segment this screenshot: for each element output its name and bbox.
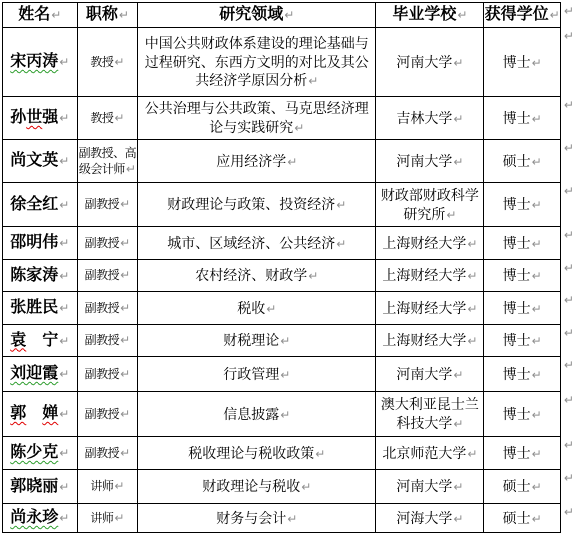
paragraph-mark-icon: ↵ bbox=[120, 301, 130, 315]
cell-name: 张胜民↵ bbox=[3, 292, 78, 325]
cell-school-text: 吉林大学 bbox=[396, 110, 452, 126]
cell-field: 财务与会计↵ bbox=[138, 504, 376, 533]
row-end-mark: ↵ bbox=[560, 183, 574, 227]
cell-school: 河南大学↵ bbox=[376, 357, 484, 392]
table-row: 张胜民↵副教授↵税收↵上海财经大学↵博士↵↵ bbox=[3, 292, 575, 325]
row-end-mark: ↵ bbox=[560, 260, 574, 292]
header-name-label: 姓名 bbox=[18, 6, 50, 23]
cell-title-text: 副教授 bbox=[85, 301, 120, 315]
cell-degree: 博士↵ bbox=[484, 325, 560, 357]
cell-school-text: 财政部财政科学研究所 bbox=[381, 187, 479, 222]
paragraph-mark-icon: ↵ bbox=[126, 162, 136, 176]
cell-school-text: 河南大学 bbox=[396, 153, 452, 169]
cell-degree: 博士↵ bbox=[484, 97, 560, 140]
cell-school: 河南大学↵ bbox=[376, 140, 484, 183]
cell-title-text: 副教授 bbox=[85, 407, 120, 421]
paragraph-mark-icon: ↵ bbox=[59, 154, 69, 168]
paragraph-mark-icon: ↵ bbox=[453, 417, 463, 431]
paragraph-mark-icon: ↵ bbox=[446, 208, 456, 222]
cell-school-text: 北京师范大学 bbox=[382, 445, 466, 461]
cell-title: 副教授↵ bbox=[77, 260, 138, 292]
table-row: 陈家涛↵副教授↵农村经济、财政学↵上海财经大学↵博士↵↵ bbox=[3, 260, 575, 292]
cell-field-text: 城市、区域经济、公共经济 bbox=[167, 235, 335, 251]
paragraph-mark-icon: ↵ bbox=[550, 8, 560, 22]
document-page: 姓名↵ 职称↵ 研究领域↵ 毕业学校↵ 获得学位↵ ↵ 宋丙涛↵教授↵中国公共财… bbox=[0, 0, 575, 536]
cell-field: 税收理论与税收政策↵ bbox=[138, 437, 376, 470]
paragraph-mark-icon: ↵ bbox=[308, 269, 318, 283]
paragraph-mark-icon: ↵ bbox=[467, 269, 477, 283]
cell-degree: 博士↵ bbox=[484, 292, 560, 325]
cell-field-text: 财务与会计 bbox=[216, 510, 286, 526]
cell-name: 陈少克↵ bbox=[3, 437, 78, 470]
paragraph-mark-icon: ↵ bbox=[532, 237, 542, 251]
table-row: 郭晓丽↵讲师↵财政理论与税收↵河南大学↵硕士↵↵ bbox=[3, 470, 575, 504]
cell-name: 刘迎霞↵ bbox=[3, 357, 78, 392]
cell-degree-text: 硕士 bbox=[503, 153, 531, 169]
person-name: 张胜民 bbox=[10, 299, 58, 316]
row-end-mark: ↵ bbox=[560, 28, 574, 97]
cell-degree-text: 博士 bbox=[503, 300, 531, 316]
paragraph-mark-icon: ↵ bbox=[532, 56, 542, 70]
cell-school-text: 上海财经大学 bbox=[382, 332, 466, 348]
cell-field-text: 税收理论与税收政策 bbox=[188, 445, 314, 461]
cell-school-text: 河南大学 bbox=[396, 54, 452, 70]
person-name: 郭晓丽 bbox=[10, 478, 58, 495]
paragraph-mark-icon: ↵ bbox=[336, 237, 346, 251]
cell-degree-text: 博士 bbox=[503, 235, 531, 251]
cell-field-text: 财政理论与政策、投资经济 bbox=[167, 196, 335, 212]
paragraph-mark-icon: ↵ bbox=[532, 447, 542, 461]
cell-field: 信息披露↵ bbox=[138, 392, 376, 437]
cell-title: 副教授↵ bbox=[77, 392, 138, 437]
paragraph-mark-icon: ↵ bbox=[532, 368, 542, 382]
cell-title: 副教授↵ bbox=[77, 437, 138, 470]
paragraph-mark-icon: ↵ bbox=[280, 368, 290, 382]
paragraph-mark-icon: ↵ bbox=[59, 236, 69, 250]
paragraph-mark-icon: ↵ bbox=[114, 55, 124, 69]
person-name: 宁 bbox=[26, 332, 58, 349]
paragraph-mark-icon: ↵ bbox=[532, 512, 542, 526]
cell-school: 河南大学↵ bbox=[376, 28, 484, 97]
paragraph-mark-icon: ↵ bbox=[457, 8, 467, 22]
person-name: 尚永珍 bbox=[10, 509, 58, 526]
cell-title-text: 教授 bbox=[90, 111, 113, 125]
paragraph-mark-icon: ↵ bbox=[532, 269, 542, 283]
paragraph-mark-icon: ↵ bbox=[532, 198, 542, 212]
cell-degree: 博士↵ bbox=[484, 260, 560, 292]
cell-school: 河海大学↵ bbox=[376, 504, 484, 533]
cell-field: 财政理论与政策、投资经济↵ bbox=[138, 183, 376, 227]
paragraph-mark-icon: ↵ bbox=[564, 98, 574, 112]
table-row: 袁 宁↵副教授↵财税理论↵上海财经大学↵博士↵↵ bbox=[3, 325, 575, 357]
paragraph-mark-icon: ↵ bbox=[59, 367, 69, 381]
cell-name: 徐全红↵ bbox=[3, 183, 78, 227]
paragraph-mark-icon: ↵ bbox=[564, 293, 574, 307]
cell-school: 上海财经大学↵ bbox=[376, 227, 484, 260]
cell-name: 陈家涛↵ bbox=[3, 260, 78, 292]
paragraph-mark-icon: ↵ bbox=[51, 8, 61, 22]
paragraph-mark-icon: ↵ bbox=[564, 141, 574, 155]
paragraph-mark-icon: ↵ bbox=[120, 367, 130, 381]
cell-school: 河南大学↵ bbox=[376, 470, 484, 504]
paragraph-mark-icon: ↵ bbox=[564, 184, 574, 198]
cell-school-text: 上海财经大学 bbox=[382, 235, 466, 251]
cell-title: 副教授↵ bbox=[77, 292, 138, 325]
cell-field-text: 中国公共财政体系建设的理论基础与过程研究、东西方文明的对比及其公共经济学原因分析 bbox=[145, 35, 369, 89]
cell-title-text: 讲师 bbox=[90, 511, 113, 525]
person-name: 陈少克 bbox=[10, 444, 58, 461]
paragraph-mark-icon: ↵ bbox=[280, 334, 290, 348]
paragraph-mark-icon: ↵ bbox=[564, 4, 574, 18]
table-row: 刘迎霞↵副教授↵行政管理↵河南大学↵博士↵↵ bbox=[3, 357, 575, 392]
paragraph-mark-icon: ↵ bbox=[564, 438, 574, 452]
cell-field: 税收↵ bbox=[138, 292, 376, 325]
table-row: 孙世强↵教授↵公共治理与公共政策、马克思经济理论与实践研究↵吉林大学↵博士↵↵ bbox=[3, 97, 575, 140]
paragraph-mark-icon: ↵ bbox=[532, 334, 542, 348]
cell-name: 邵明伟↵ bbox=[3, 227, 78, 260]
cell-field-text: 财税理论 bbox=[223, 332, 279, 348]
cell-name: 孙世强↵ bbox=[3, 97, 78, 140]
cell-degree-text: 博士 bbox=[503, 406, 531, 422]
table-row: 陈少克↵副教授↵税收理论与税收政策↵北京师范大学↵博士↵↵ bbox=[3, 437, 575, 470]
paragraph-mark-icon: ↵ bbox=[308, 74, 318, 88]
header-field: 研究领域↵ bbox=[138, 3, 376, 28]
cell-degree-text: 博士 bbox=[503, 332, 531, 348]
cell-field-text: 农村经济、财政学 bbox=[195, 267, 307, 283]
paragraph-mark-icon: ↵ bbox=[120, 197, 130, 211]
paragraph-mark-icon: ↵ bbox=[532, 155, 542, 169]
cell-school-text: 澳大利亚昆士兰科技大学 bbox=[381, 396, 479, 431]
person-name: 徐全红 bbox=[10, 196, 58, 213]
paragraph-mark-icon: ↵ bbox=[59, 446, 69, 460]
cell-field: 农村经济、财政学↵ bbox=[138, 260, 376, 292]
paragraph-mark-icon: ↵ bbox=[453, 512, 463, 526]
cell-field-text: 信息披露 bbox=[223, 406, 279, 422]
cell-school-text: 河海大学 bbox=[396, 510, 452, 526]
cell-degree: 硕士↵ bbox=[484, 140, 560, 183]
paragraph-mark-icon: ↵ bbox=[120, 446, 130, 460]
person-name: 婵 bbox=[42, 405, 58, 422]
paragraph-mark-icon: ↵ bbox=[336, 198, 346, 212]
cell-school-text: 上海财经大学 bbox=[382, 300, 466, 316]
cell-title: 副教授↵ bbox=[77, 227, 138, 260]
header-school-label: 毕业学校 bbox=[392, 6, 456, 23]
cell-school: 北京师范大学↵ bbox=[376, 437, 484, 470]
cell-degree: 博士↵ bbox=[484, 437, 560, 470]
cell-field-text: 行政管理 bbox=[223, 366, 279, 382]
paragraph-mark-icon: ↵ bbox=[280, 408, 290, 422]
paragraph-mark-icon: ↵ bbox=[532, 112, 542, 126]
row-end-mark: ↵ bbox=[560, 140, 574, 183]
header-row: 姓名↵ 职称↵ 研究领域↵ 毕业学校↵ 获得学位↵ ↵ bbox=[3, 3, 575, 28]
cell-degree-text: 硕士 bbox=[503, 478, 531, 494]
cell-degree: 博士↵ bbox=[484, 357, 560, 392]
paragraph-mark-icon: ↵ bbox=[59, 480, 69, 494]
paragraph-mark-icon: ↵ bbox=[315, 447, 325, 461]
person-name: 陈家涛 bbox=[10, 267, 58, 284]
paragraph-mark-icon: ↵ bbox=[532, 302, 542, 316]
cell-school-text: 上海财经大学 bbox=[382, 267, 466, 283]
paragraph-mark-icon: ↵ bbox=[564, 471, 574, 485]
paragraph-mark-icon: ↵ bbox=[59, 511, 69, 525]
cell-school: 上海财经大学↵ bbox=[376, 292, 484, 325]
table-row: 尚永珍↵讲师↵财务与会计↵河海大学↵硕士↵↵ bbox=[3, 504, 575, 533]
faculty-table: 姓名↵ 职称↵ 研究领域↵ 毕业学校↵ 获得学位↵ ↵ 宋丙涛↵教授↵中国公共财… bbox=[2, 2, 575, 533]
table-row: 徐全红↵副教授↵财政理论与政策、投资经济↵财政部财政科学研究所↵博士↵↵ bbox=[3, 183, 575, 227]
person-name: 宋丙涛 bbox=[10, 53, 58, 70]
table-body: 宋丙涛↵教授↵中国公共财政体系建设的理论基础与过程研究、东西方文明的对比及其公共… bbox=[3, 28, 575, 533]
paragraph-mark-icon: ↵ bbox=[114, 479, 124, 493]
row-end-mark: ↵ bbox=[560, 97, 574, 140]
paragraph-mark-icon: ↵ bbox=[301, 480, 311, 494]
paragraph-mark-icon: ↵ bbox=[120, 407, 130, 421]
paragraph-mark-icon: ↵ bbox=[287, 155, 297, 169]
paragraph-mark-icon: ↵ bbox=[59, 55, 69, 69]
row-end-mark: ↵ bbox=[560, 292, 574, 325]
cell-field: 财税理论↵ bbox=[138, 325, 376, 357]
header-title-label: 职称 bbox=[86, 6, 118, 23]
row-end-mark: ↵ bbox=[560, 392, 574, 437]
person-name: 世 bbox=[26, 109, 42, 126]
paragraph-mark-icon: ↵ bbox=[467, 302, 477, 316]
paragraph-mark-icon: ↵ bbox=[120, 236, 130, 250]
paragraph-mark-icon: ↵ bbox=[287, 512, 297, 526]
row-end-mark: ↵ bbox=[560, 3, 574, 28]
paragraph-mark-icon: ↵ bbox=[453, 112, 463, 126]
paragraph-mark-icon: ↵ bbox=[532, 408, 542, 422]
person-name: 孙 bbox=[10, 109, 26, 126]
cell-degree-text: 博士 bbox=[503, 445, 531, 461]
person-name: 强 bbox=[42, 109, 58, 126]
row-end-mark: ↵ bbox=[560, 227, 574, 260]
paragraph-mark-icon: ↵ bbox=[266, 302, 276, 316]
paragraph-mark-icon: ↵ bbox=[59, 111, 69, 125]
cell-degree: 硕士↵ bbox=[484, 504, 560, 533]
cell-name: 郭晓丽↵ bbox=[3, 470, 78, 504]
cell-degree-text: 博士 bbox=[503, 54, 531, 70]
paragraph-mark-icon: ↵ bbox=[294, 121, 304, 135]
paragraph-mark-icon: ↵ bbox=[453, 155, 463, 169]
cell-field: 城市、区域经济、公共经济↵ bbox=[138, 227, 376, 260]
header-degree-label: 获得学位 bbox=[485, 6, 549, 23]
cell-degree-text: 博士 bbox=[503, 267, 531, 283]
person-name: 尚文英 bbox=[10, 152, 58, 169]
cell-school: 财政部财政科学研究所↵ bbox=[376, 183, 484, 227]
table-row: 郭 婵↵副教授↵信息披露↵澳大利亚昆士兰科技大学↵博士↵↵ bbox=[3, 392, 575, 437]
cell-name: 宋丙涛↵ bbox=[3, 28, 78, 97]
paragraph-mark-icon: ↵ bbox=[564, 29, 574, 43]
cell-title: 副教授↵ bbox=[77, 325, 138, 357]
paragraph-mark-icon: ↵ bbox=[453, 480, 463, 494]
cell-field: 行政管理↵ bbox=[138, 357, 376, 392]
cell-degree-text: 博士 bbox=[503, 110, 531, 126]
cell-title-text: 副教授 bbox=[85, 268, 120, 282]
cell-degree-text: 硕士 bbox=[503, 510, 531, 526]
header-degree: 获得学位↵ bbox=[484, 3, 560, 28]
cell-school-text: 河南大学 bbox=[396, 366, 452, 382]
person-name: 郭 bbox=[10, 405, 26, 422]
cell-field: 财政理论与税收↵ bbox=[138, 470, 376, 504]
paragraph-mark-icon: ↵ bbox=[564, 228, 574, 242]
cell-title: 教授↵ bbox=[77, 28, 138, 97]
cell-school: 上海财经大学↵ bbox=[376, 325, 484, 357]
cell-school: 吉林大学↵ bbox=[376, 97, 484, 140]
paragraph-mark-icon: ↵ bbox=[120, 268, 130, 282]
paragraph-mark-icon: ↵ bbox=[120, 333, 130, 347]
cell-title: 副教授↵ bbox=[77, 357, 138, 392]
paragraph-mark-icon: ↵ bbox=[59, 198, 69, 212]
cell-degree-text: 博士 bbox=[503, 196, 531, 212]
cell-field-text: 税收 bbox=[237, 300, 265, 316]
paragraph-mark-icon: ↵ bbox=[467, 447, 477, 461]
paragraph-mark-icon: ↵ bbox=[564, 358, 574, 372]
person-name: 邵明伟 bbox=[10, 234, 58, 251]
paragraph-mark-icon: ↵ bbox=[114, 511, 124, 525]
paragraph-mark-icon: ↵ bbox=[467, 334, 477, 348]
cell-title-text: 副教授 bbox=[85, 333, 120, 347]
cell-name: 尚文英↵ bbox=[3, 140, 78, 183]
cell-school: 上海财经大学↵ bbox=[376, 260, 484, 292]
cell-field: 中国公共财政体系建设的理论基础与过程研究、东西方文明的对比及其公共经济学原因分析… bbox=[138, 28, 376, 97]
cell-title-text: 副教授 bbox=[85, 197, 120, 211]
person-name: 刘迎霞 bbox=[10, 365, 58, 382]
cell-school-text: 河南大学 bbox=[396, 478, 452, 494]
paragraph-mark-icon: ↵ bbox=[453, 368, 463, 382]
table-row: 尚文英↵副教授、高级会计师↵应用经济学↵河南大学↵硕士↵↵ bbox=[3, 140, 575, 183]
cell-title: 副教授、高级会计师↵ bbox=[77, 140, 138, 183]
paragraph-mark-icon: ↵ bbox=[564, 505, 574, 519]
row-end-mark: ↵ bbox=[560, 325, 574, 357]
row-end-mark: ↵ bbox=[560, 357, 574, 392]
cell-field: 公共治理与公共政策、马克思经济理论与实践研究↵ bbox=[138, 97, 376, 140]
paragraph-mark-icon: ↵ bbox=[564, 261, 574, 275]
cell-degree: 博士↵ bbox=[484, 183, 560, 227]
header-title: 职称↵ bbox=[77, 3, 138, 28]
paragraph-mark-icon: ↵ bbox=[564, 393, 574, 407]
cell-title: 讲师↵ bbox=[77, 470, 138, 504]
header-school: 毕业学校↵ bbox=[376, 3, 484, 28]
paragraph-mark-icon: ↵ bbox=[119, 8, 129, 22]
cell-title-text: 副教授 bbox=[85, 236, 120, 250]
cell-field: 应用经济学↵ bbox=[138, 140, 376, 183]
cell-title-text: 副教授 bbox=[85, 367, 120, 381]
header-name: 姓名↵ bbox=[3, 3, 78, 28]
cell-school: 澳大利亚昆士兰科技大学↵ bbox=[376, 392, 484, 437]
paragraph-mark-icon: ↵ bbox=[564, 326, 574, 340]
person-name bbox=[26, 405, 42, 422]
cell-field-text: 公共治理与公共政策、马克思经济理论与实践研究 bbox=[145, 100, 369, 135]
paragraph-mark-icon: ↵ bbox=[59, 269, 69, 283]
paragraph-mark-icon: ↵ bbox=[59, 407, 69, 421]
paragraph-mark-icon: ↵ bbox=[532, 480, 542, 494]
paragraph-mark-icon: ↵ bbox=[114, 111, 124, 125]
row-end-mark: ↵ bbox=[560, 470, 574, 504]
paragraph-mark-icon: ↵ bbox=[59, 301, 69, 315]
row-end-mark: ↵ bbox=[560, 437, 574, 470]
paragraph-mark-icon: ↵ bbox=[59, 334, 69, 348]
cell-title-text: 讲师 bbox=[90, 479, 113, 493]
person-name: 袁 bbox=[10, 332, 26, 349]
header-field-label: 研究领域 bbox=[219, 6, 283, 23]
table-row: 邵明伟↵副教授↵城市、区域经济、公共经济↵上海财经大学↵博士↵↵ bbox=[3, 227, 575, 260]
cell-degree: 博士↵ bbox=[484, 227, 560, 260]
cell-degree: 硕士↵ bbox=[484, 470, 560, 504]
cell-degree: 博士↵ bbox=[484, 28, 560, 97]
cell-field-text: 应用经济学 bbox=[216, 153, 286, 169]
cell-name: 袁 宁↵ bbox=[3, 325, 78, 357]
table-row: 宋丙涛↵教授↵中国公共财政体系建设的理论基础与过程研究、东西方文明的对比及其公共… bbox=[3, 28, 575, 97]
cell-name: 尚永珍↵ bbox=[3, 504, 78, 533]
paragraph-mark-icon: ↵ bbox=[453, 56, 463, 70]
cell-title-text: 副教授 bbox=[85, 446, 120, 460]
cell-title: 副教授↵ bbox=[77, 183, 138, 227]
paragraph-mark-icon: ↵ bbox=[467, 237, 477, 251]
row-end-mark: ↵ bbox=[560, 504, 574, 533]
cell-title: 教授↵ bbox=[77, 97, 138, 140]
paragraph-mark-icon: ↵ bbox=[284, 8, 294, 22]
cell-title: 讲师↵ bbox=[77, 504, 138, 533]
cell-degree: 博士↵ bbox=[484, 392, 560, 437]
cell-field-text: 财政理论与税收 bbox=[202, 478, 300, 494]
cell-title-text: 教授 bbox=[90, 55, 113, 69]
cell-degree-text: 博士 bbox=[503, 366, 531, 382]
cell-name: 郭 婵↵ bbox=[3, 392, 78, 437]
